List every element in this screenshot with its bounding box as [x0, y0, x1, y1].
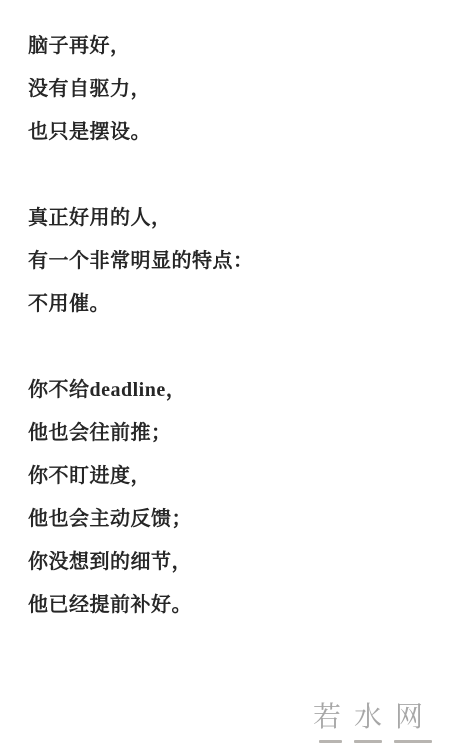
text-line: 他也会往前推；: [28, 412, 438, 455]
text-line: 也只是摆设。: [28, 111, 438, 154]
article-text: 脑子再好， 没有自驱力， 也只是摆设。 真正好用的人， 有一个非常明显的特点： …: [28, 25, 438, 627]
text-line: 你不盯进度，: [28, 455, 438, 498]
watermark-subtext-segment: [394, 740, 432, 743]
watermark-subtext: [319, 740, 432, 743]
text-line: 你没想到的细节，: [28, 541, 438, 584]
watermark: 若水网: [313, 701, 436, 733]
text-line: 脑子再好，: [28, 25, 438, 68]
watermark-text: 若水网: [313, 701, 436, 733]
text-line: 没有自驱力，: [28, 68, 438, 111]
text-line: 不用催。: [28, 283, 438, 326]
watermark-subtext-segment: [354, 740, 382, 743]
paragraph-1: 脑子再好， 没有自驱力， 也只是摆设。: [28, 25, 438, 154]
text-line: 他也会主动反馈；: [28, 498, 438, 541]
paragraph-2: 真正好用的人， 有一个非常明显的特点： 不用催。: [28, 197, 438, 326]
text-line: 他已经提前补好。: [28, 584, 438, 627]
paragraph-3: 你不给deadline， 他也会往前推； 你不盯进度， 他也会主动反馈； 你没想…: [28, 369, 438, 627]
page: 脑子再好， 没有自驱力， 也只是摆设。 真正好用的人， 有一个非常明显的特点： …: [0, 0, 450, 750]
text-line: 你不给deadline，: [28, 369, 438, 412]
watermark-subtext-segment: [319, 740, 342, 743]
text-line: 有一个非常明显的特点：: [28, 240, 438, 283]
text-line: 真正好用的人，: [28, 197, 438, 240]
